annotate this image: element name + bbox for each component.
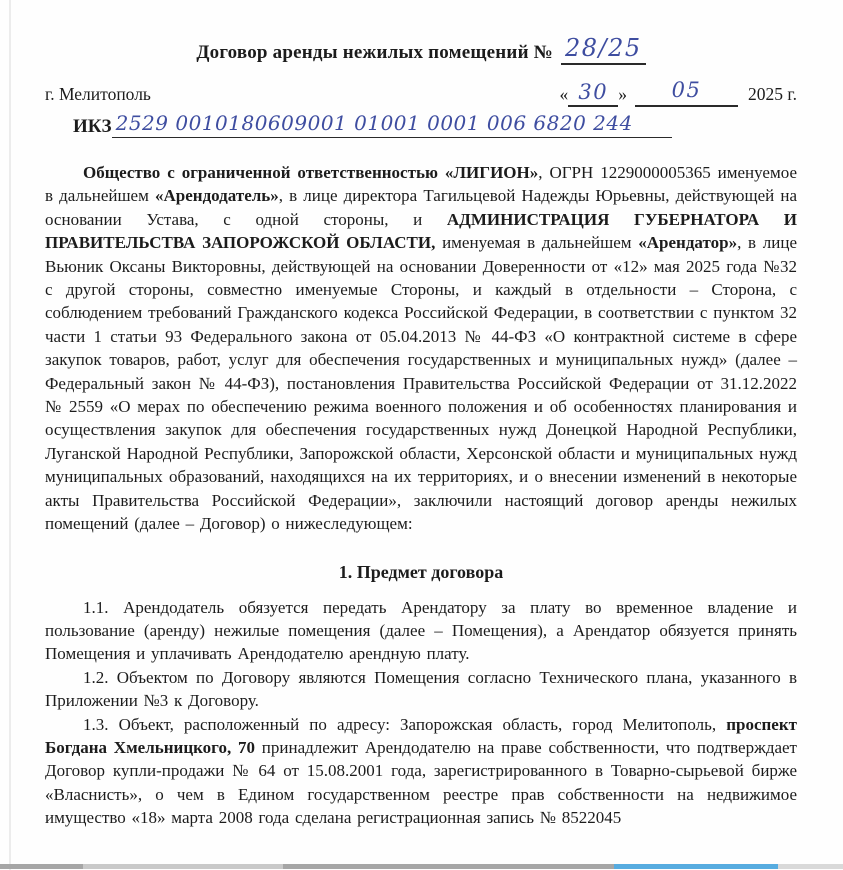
- contract-number-field: 28/25: [561, 38, 646, 65]
- lessee-term-bold: «Арендатор»: [638, 233, 737, 252]
- ikz-row: ИКЗ2529 0010180609001 01001 0001 006 682…: [73, 115, 797, 138]
- date-day-handwritten: 30: [578, 80, 608, 104]
- lessor-term-bold: «Арендодатель»: [155, 186, 279, 205]
- preamble-rest: , в лице Вьюник Оксаны Викторовны, дейст…: [45, 233, 797, 533]
- scrollbar-track-left[interactable]: [0, 864, 83, 869]
- scrollbar-track-light[interactable]: [83, 864, 283, 869]
- clause-1-1: 1.1. Арендодатель обязуется передать Аре…: [45, 596, 797, 666]
- scrollbar-track-mid[interactable]: [283, 864, 614, 869]
- contract-document-page: Договор аренды нежилых помещений №28/25 …: [0, 0, 843, 870]
- horizontal-scrollbar[interactable]: [0, 863, 843, 869]
- scrollbar-track-right[interactable]: [778, 864, 843, 869]
- date-day-field: 30: [568, 83, 618, 107]
- date-month-handwritten: 05: [672, 78, 702, 102]
- clause-1-2: 1.2. Объектом по Договору являются Помещ…: [45, 666, 797, 713]
- city-label: г. Мелитополь: [45, 84, 151, 105]
- preamble-mid2: именуемая в дальнейшем: [435, 233, 638, 252]
- document-title-row: Договор аренды нежилых помещений №28/25: [45, 38, 797, 65]
- preamble-paragraph: Общество с ограниченной ответственностью…: [45, 161, 797, 536]
- section1-heading: 1. Предмет договора: [45, 562, 797, 583]
- document-content: Договор аренды нежилых помещений №28/25 …: [45, 0, 797, 830]
- date-year: 2025 г.: [748, 84, 797, 104]
- clause-1-3: 1.3. Объект, расположенный по адресу: За…: [45, 713, 797, 830]
- date-month-field: 05: [635, 83, 738, 107]
- city-date-row: г. Мелитополь «30»052025 г.: [45, 83, 797, 107]
- contract-number-handwritten: 28/25: [565, 34, 642, 62]
- ikz-label: ИКЗ: [73, 116, 112, 137]
- date-group: «30»052025 г.: [560, 83, 797, 107]
- ikz-field: 2529 0010180609001 01001 0001 006 6820 2…: [112, 115, 672, 138]
- scrollbar-thumb[interactable]: [614, 864, 778, 869]
- clause-1-3-start: 1.3. Объект, расположенный по адресу: За…: [83, 715, 726, 734]
- scan-edge-artifact: [9, 0, 11, 870]
- date-close-quote: »: [618, 84, 627, 104]
- party1-name-bold: Общество с ограниченной ответственностью…: [83, 163, 538, 182]
- date-open-quote: «: [560, 84, 569, 104]
- document-title: Договор аренды нежилых помещений №: [196, 42, 553, 63]
- ikz-value-handwritten: 2529 0010180609001 01001 0001 006 6820 2…: [116, 111, 633, 135]
